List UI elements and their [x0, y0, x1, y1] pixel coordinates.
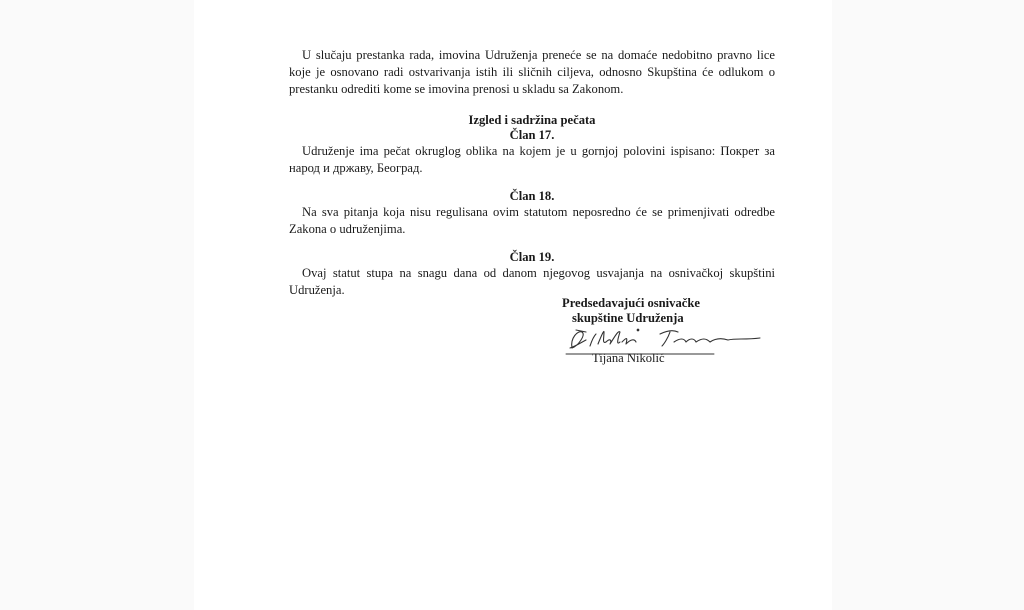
section-heading-seal: Izgled i sadržina pečata: [289, 113, 775, 128]
article-17-title: Član 17.: [289, 128, 775, 143]
signature-title-line1: Predsedavajući osnivačke: [562, 296, 762, 311]
article-18-title: Član 18.: [289, 189, 775, 204]
signatory-name: Tijana Nikolić: [592, 351, 665, 366]
signature-block: Predsedavajući osnivačke skupštine Udruž…: [562, 296, 762, 326]
article-19-title: Član 19.: [289, 250, 775, 265]
article-17-text: Udruženje ima pečat okruglog oblika na k…: [289, 143, 775, 177]
article-19-text: Ovaj statut stupa na snagu dana od danom…: [289, 265, 775, 299]
paragraph-dissolution: U slučaju prestanka rada, imovina Udruže…: [289, 47, 775, 98]
document-body: U slučaju prestanka rada, imovina Udruže…: [289, 47, 775, 299]
article-18-text: Na sva pitanja koja nisu regulisana ovim…: [289, 204, 775, 238]
